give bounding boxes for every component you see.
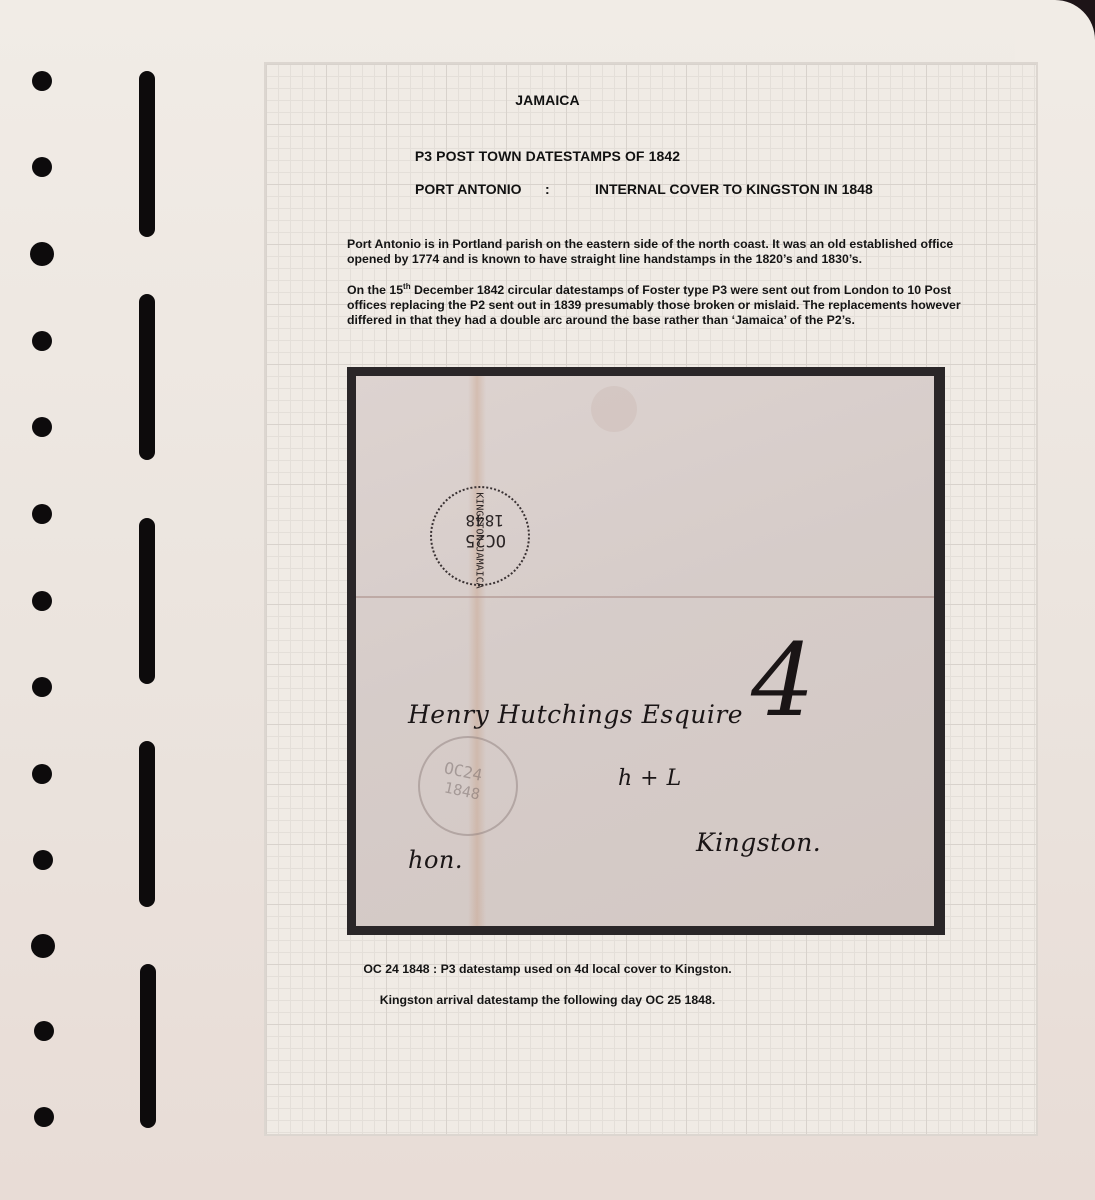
subtitle-place: PORT ANTONIO bbox=[415, 181, 545, 197]
binder-hole-icon bbox=[32, 417, 52, 437]
page-corner-background bbox=[1055, 0, 1095, 40]
country-heading: JAMAICA bbox=[0, 92, 1095, 108]
address-line-manuscript: h + L bbox=[618, 766, 682, 791]
binder-hole-icon bbox=[31, 934, 55, 958]
binder-hole-icon bbox=[32, 764, 52, 784]
section-title: P3 POST TOWN DATESTAMPS OF 1842 bbox=[0, 148, 1095, 164]
history-text-b: December 1842 circular datestamps of Fos… bbox=[347, 283, 961, 327]
arrival-stamp-date: OC25 bbox=[465, 530, 506, 550]
subtitle-subject: INTERNAL COVER TO KINGSTON IN 1848 bbox=[595, 181, 873, 197]
binder-hole-icon bbox=[33, 850, 53, 870]
seal-impression bbox=[591, 386, 637, 432]
arrival-stamp-year: 1848 bbox=[465, 511, 504, 530]
history-paragraph: On the 15th December 1842 circular dates… bbox=[347, 283, 979, 328]
rate-manuscript: 4 bbox=[751, 631, 815, 731]
horizontal-fold bbox=[356, 596, 934, 598]
note-manuscript: hon. bbox=[408, 846, 463, 874]
binder-slot-icon bbox=[139, 294, 155, 460]
ordinal-suffix: th bbox=[403, 282, 411, 291]
binder-slot-icon bbox=[139, 518, 155, 684]
caption-secondary: Kingston arrival datestamp the following… bbox=[0, 993, 1095, 1007]
caption-primary: OC 24 1848 : P3 datestamp used on 4d loc… bbox=[0, 962, 1095, 976]
binder-hole-icon bbox=[32, 71, 52, 91]
arrival-datestamp: KINGSTON-JAMAICA OC25 1848 bbox=[421, 480, 536, 590]
album-page: JAMAICA P3 POST TOWN DATESTAMPS OF 1842 … bbox=[0, 0, 1095, 1200]
binder-slot-icon bbox=[139, 741, 155, 907]
cover-mount: KINGSTON-JAMAICA OC25 1848 OC24 1848 Hen… bbox=[347, 367, 945, 935]
subtitle-separator: : bbox=[545, 181, 595, 197]
binder-hole-icon bbox=[34, 1021, 54, 1041]
destination-manuscript: Kingston. bbox=[696, 828, 821, 857]
intro-paragraph: Port Antonio is in Portland parish on th… bbox=[347, 237, 979, 267]
addressee-manuscript: Henry Hutchings Esquire bbox=[408, 700, 743, 729]
departure-datestamp: OC24 1848 bbox=[408, 726, 528, 846]
binder-hole-icon bbox=[32, 591, 52, 611]
binder-hole-icon bbox=[34, 1107, 54, 1127]
history-text-a: On the 15 bbox=[347, 283, 403, 297]
binder-hole-icon bbox=[32, 331, 52, 351]
binder-slot-icon bbox=[140, 964, 156, 1128]
binder-hole-icon bbox=[30, 242, 54, 266]
postal-cover: KINGSTON-JAMAICA OC25 1848 OC24 1848 Hen… bbox=[356, 376, 934, 926]
page-subtitle: PORT ANTONIO : INTERNAL COVER TO KINGSTO… bbox=[415, 181, 873, 197]
binder-hole-icon bbox=[32, 504, 52, 524]
binder-hole-icon bbox=[32, 677, 52, 697]
